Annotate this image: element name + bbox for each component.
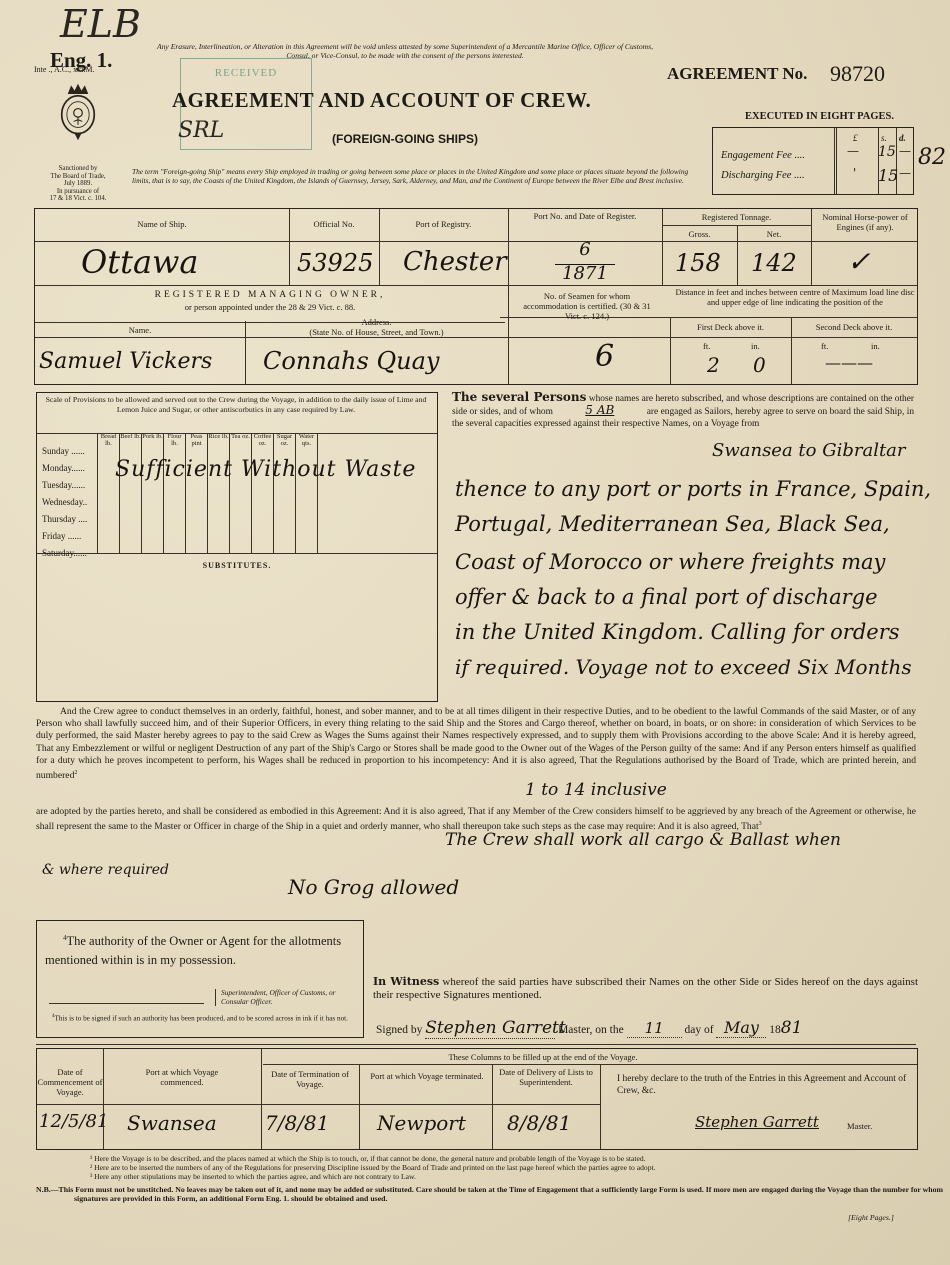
col-name-of-ship: Name of Ship. [35, 219, 289, 229]
stamp-handwriting: SRL [178, 118, 224, 143]
sanctioned-line: 17 & 18 Vict. c. 104. [28, 195, 128, 203]
witness-text: whereof the said parties have subscribed… [373, 976, 918, 1001]
engagement-fee-pounds: — [847, 144, 859, 158]
voyage-line: Coast of Morocco or where freights may [455, 550, 885, 574]
stipulation-ballast: The Crew shall work all cargo & Ballast … [445, 830, 841, 850]
owner-subheading: or person appointed under the 28 & 29 Vi… [35, 302, 505, 312]
fee-col-shillings: s. [881, 133, 887, 143]
col-port-of-registry: Port of Registry. [379, 219, 508, 229]
col-tea: Tea oz. [230, 433, 251, 440]
eight-pages-note: [Eight Pages.] [848, 1213, 894, 1222]
net-tonnage-value: 142 [751, 249, 797, 277]
declaration-signature: Stephen Garrett [695, 1113, 819, 1131]
col-gross: Gross. [662, 229, 737, 239]
signature-month: May [716, 1018, 766, 1038]
col-horse-power: Nominal Horse-power of Engines (if any). [819, 212, 911, 232]
owner-name-value: Samuel Vickers [39, 349, 212, 374]
authority-footnote: 4This is to be signed if such an authori… [43, 1013, 357, 1023]
col-beef: Beef lb. [120, 433, 141, 440]
foreign-going-definition: The term "Foreign-going Ship" means ever… [132, 168, 707, 186]
discharging-fee-shillings: 15 [878, 166, 898, 185]
termination-date-value: 7/8/81 [265, 1111, 329, 1135]
owner-address-sublabel: (State No. of House, Street, and Town.) [245, 327, 508, 337]
col-port-no-date: Port No. and Date of Register. [515, 211, 655, 221]
fees-box: £ s. d. Engagement Fee .... Discharging … [712, 127, 914, 195]
col-registered-tonnage: Registered Tonnage. [662, 212, 811, 222]
engagement-fee-pence: — [899, 144, 911, 158]
regulations-numbered-value: 1 to 14 inclusive [525, 780, 667, 800]
register-year-value: 1871 [545, 263, 625, 284]
footnote-3: ³ Here any other stipulations may be ins… [90, 1172, 920, 1181]
col-official-no: Official No. [289, 219, 379, 229]
authority-signer-role: Superintendent, Officer of Customs, or C… [215, 989, 361, 1006]
col-coffee: Coffee oz. [252, 433, 273, 447]
voyage-line: if required. Voyage not to exceed Six Mo… [455, 655, 912, 679]
port-commenced-value: Swansea [127, 1111, 217, 1135]
authority-text: 4The authority of the Owner or Agent for… [45, 929, 357, 970]
col-termination-date: Date of Termination of Voyage. [263, 1069, 357, 1089]
ship-name-value: Ottawa [81, 243, 199, 281]
ship-details-table: Name of Ship. Official No. Port of Regis… [34, 208, 918, 385]
nb-notice: N.B.—This Form must not be unstitched. N… [36, 1185, 950, 1204]
day-sunday: Sunday ...... [42, 446, 100, 463]
stamp-text: RECEIVED [181, 67, 311, 79]
discharging-fee-pounds: ' [853, 166, 856, 180]
first-ft-label: ft. [703, 341, 710, 351]
second-ft-label: ft. [821, 341, 828, 351]
sanctioned-line: July 1889. [28, 180, 128, 188]
provisions-heading: Scale of Provisions to be allowed and se… [43, 395, 429, 414]
grievance-text: are adopted by the parties hereto, and s… [36, 806, 916, 832]
footnote-1: ¹ Here the Voyage is to be described, an… [90, 1154, 920, 1163]
day-thursday: Thursday .... [42, 514, 100, 531]
discharging-fee-label: Discharging Fee .... [721, 170, 805, 181]
crew-conduct-paragraph: And the Crew agree to conduct themselves… [36, 706, 916, 782]
port-of-registry-value: Chester [403, 247, 507, 277]
col-net: Net. [737, 229, 811, 239]
declaration-text: I hereby declare to the truth of the Ent… [617, 1073, 907, 1097]
day-tuesday: Tuesday...... [42, 480, 100, 497]
in-witness-lead: In Witness [373, 975, 439, 988]
horse-power-value: ✓ [847, 245, 870, 278]
second-deck-label: Second Deck above it. [791, 322, 917, 332]
day-of-label: day of [684, 1024, 713, 1036]
owner-address-value: Connahs Quay [263, 347, 439, 375]
provisions-scale-box: Scale of Provisions to be allowed and se… [36, 392, 438, 702]
second-deck-value: ——— [825, 353, 873, 372]
official-no-value: 53925 [297, 249, 373, 277]
voyage-intro: The several Persons whose names are here… [452, 392, 914, 430]
agreement-label: AGREEMENT No. [667, 64, 807, 84]
col-water: Water qts. [296, 433, 317, 447]
engagement-fee-label: Engagement Fee .... [721, 150, 805, 161]
end-of-voyage-table: These Columns to be filled up at the end… [36, 1048, 918, 1150]
sanctioned-line: In pursuance of [28, 188, 128, 196]
fee-margin-note: 82 [918, 145, 946, 170]
signed-by-label: Signed by [376, 1024, 422, 1036]
signature-day: 11 [627, 1019, 682, 1038]
first-deck-in-value: 0 [753, 353, 766, 377]
delivery-date-value: 8/8/81 [507, 1111, 571, 1135]
conduct-text: And the Crew agree to conduct themselves… [36, 706, 916, 781]
col-sugar: Sugar oz. [274, 433, 295, 447]
second-in-label: in. [871, 341, 880, 351]
first-deck-label: First Deck above it. [670, 322, 791, 332]
sanctioned-line: The Board of Trade, [28, 173, 128, 181]
owner-address-label: Address. [245, 317, 508, 327]
voyage-line: Portugal, Mediterranean Sea, Black Sea, [455, 512, 890, 536]
form-subcode: Inte ., A.C., xxi.M. [34, 66, 94, 74]
days-list: Sunday ...... Monday...... Tuesday......… [42, 446, 100, 565]
authority-statement: The authority of the Owner or Agent for … [45, 934, 341, 967]
day-friday: Friday ...... [42, 531, 100, 548]
stipulation-where-required: & where required [42, 862, 169, 878]
substitutes-heading: SUBSTITUTES. [37, 561, 437, 570]
authority-footnote-text: This is to be signed if such an authorit… [55, 1014, 348, 1022]
executed-note: EXECUTED IN EIGHT PAGES. [745, 111, 894, 122]
document-subtitle: (FOREIGN-GOING SHIPS) [332, 132, 478, 146]
pencil-annotation: ELB [60, 2, 141, 46]
col-bread: Bread lb. [98, 433, 119, 447]
port-terminated-value: Newport [377, 1111, 466, 1135]
end-columns-note: These Columns to be filled up at the end… [263, 1052, 823, 1062]
signature-line: Signed by Stephen Garrett Master, on the… [376, 1018, 921, 1039]
stipulation-no-grog: No Grog allowed [288, 875, 459, 899]
num-engaged-value: 5 AB [555, 403, 644, 417]
agreement-number: 98720 [830, 61, 885, 87]
seamen-count-value: 6 [595, 339, 614, 374]
voyage-line: in the United Kingdom. Calling for order… [455, 620, 900, 644]
signature-year: 81 [781, 1018, 803, 1038]
engagement-fee-shillings: 15 [878, 144, 896, 160]
allotment-authority-box: 4The authority of the Owner or Agent for… [36, 920, 364, 1038]
col-pork: Pork lb. [142, 433, 163, 440]
fee-col-pence: d. [899, 133, 906, 143]
royal-crest-icon [56, 82, 100, 147]
day-monday: Monday...... [42, 463, 100, 480]
master-signature: Stephen Garrett [425, 1018, 555, 1039]
col-port-terminated: Port at which Voyage terminated. [367, 1071, 487, 1081]
discharging-fee-pence: — [899, 166, 911, 180]
first-deck-ft-value: 2 [707, 353, 720, 377]
several-persons-lead: The several Persons [452, 390, 586, 404]
port-no-value: 6 [555, 239, 615, 260]
gross-tonnage-value: 158 [675, 249, 721, 277]
owner-heading: REGISTERED MANAGING OWNER, [35, 290, 505, 300]
master-on-label: Master, on the [558, 1024, 624, 1036]
footnote-2: ² Here are to be inserted the numbers of… [90, 1163, 920, 1172]
col-port-commenced: Port at which Voyage commenced. [127, 1067, 237, 1087]
provisions-entry: Sufficient Without Waste [115, 457, 416, 482]
first-in-label: in. [751, 341, 760, 351]
col-peas: Peas pint [186, 433, 207, 447]
footnotes: ¹ Here the Voyage is to be described, an… [90, 1154, 920, 1182]
fee-col-pounds: £ [853, 133, 858, 143]
seamen-label: No. of Seamen for whom accommodation is … [517, 291, 657, 321]
provisions-columns: Bread lb. Beef lb. Pork lb. Flour lb. Pe… [97, 433, 357, 553]
declaration-master-label: Master. [847, 1121, 872, 1131]
voyage-line: Swansea to Gibraltar [712, 440, 906, 461]
col-delivery-date: Date of Delivery of Lists to Superintend… [494, 1067, 598, 1087]
loadline-distance-label: Distance in feet and inches between cent… [675, 287, 915, 307]
sanctioned-line: Sanctioned by [28, 165, 128, 173]
voyage-line: thence to any port or ports in France, S… [455, 477, 931, 501]
owner-name-label: Name. [35, 325, 245, 335]
col-flour: Flour lb. [164, 433, 185, 447]
col-commencement-date: Date of Commencement of Voyage. [37, 1067, 103, 1097]
commencement-date-value: 12/5/81 [39, 1111, 108, 1132]
day-wednesday: Wednesday.. [42, 497, 100, 514]
document-title: AGREEMENT AND ACCOUNT OF CREW. [172, 88, 591, 113]
sanctioned-note: Sanctioned by The Board of Trade, July 1… [28, 165, 128, 203]
year-prefix: 18 [769, 1024, 781, 1036]
voyage-line: offer & back to a final port of discharg… [455, 585, 878, 609]
col-rice: Rice lb. [208, 433, 229, 440]
witness-statement: In Witness whereof the said parties have… [373, 975, 918, 1002]
